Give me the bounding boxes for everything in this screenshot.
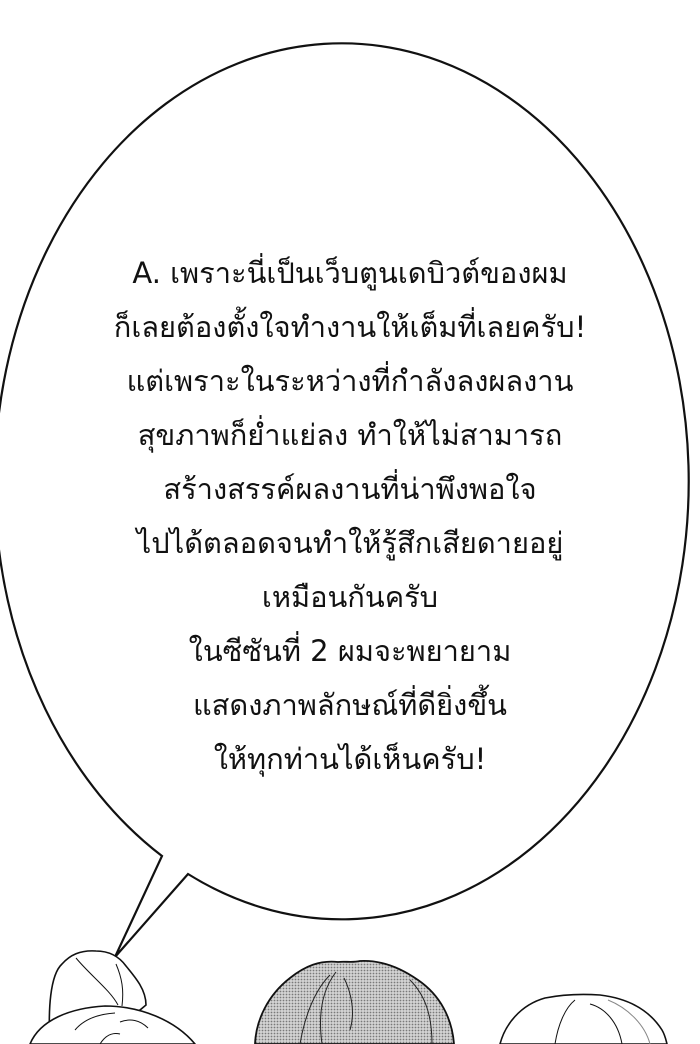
speech-line: ไปได้ตลอดจนทำให้รู้สึกเสียดายอยู่: [40, 516, 660, 570]
speech-line: ก็เลยต้องตั้งใจทำงานให้เต็มที่เลยครับ!: [40, 300, 660, 354]
speech-line: แต่เพราะในระหว่างที่กำลังลงผลงาน: [40, 354, 660, 408]
character-left-head: [30, 951, 195, 1044]
speech-line: ให้ทุกท่านได้เห็นครับ!: [40, 732, 660, 786]
character-center-head: [255, 961, 454, 1044]
speech-line: A. เพราะนี่เป็นเว็บตูนเดบิวต์ของผม: [40, 246, 660, 300]
speech-line: แสดงภาพลักษณ์ที่ดียิ่งขึ้น: [40, 678, 660, 732]
speech-line: สุขภาพก็ย่ำแย่ลง ทำให้ไม่สามารถ: [40, 408, 660, 462]
speech-bubble-text: A. เพราะนี่เป็นเว็บตูนเดบิวต์ของผม ก็เลย…: [40, 246, 660, 786]
character-right-head: [500, 994, 667, 1044]
speech-line: ในซีซันที่ 2 ผมจะพยายาม: [40, 624, 660, 678]
speech-line: สร้างสรรค์ผลงานที่น่าพึงพอใจ: [40, 462, 660, 516]
speech-line: เหมือนกันครับ: [40, 570, 660, 624]
